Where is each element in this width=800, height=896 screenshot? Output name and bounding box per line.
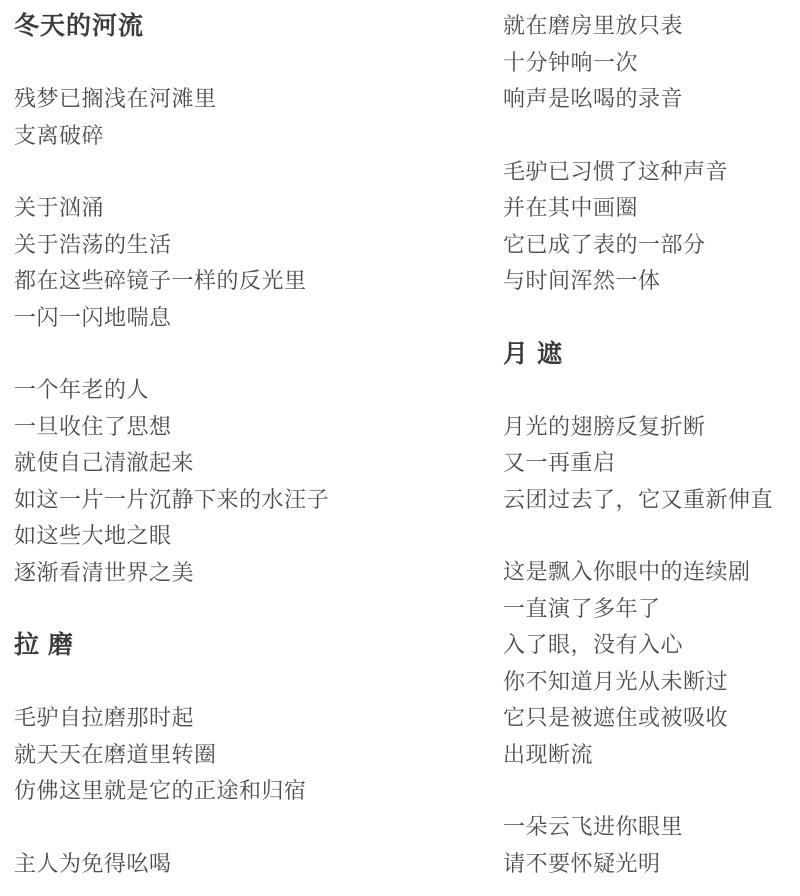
poem-line: 与时间浑然一体 — [503, 263, 798, 300]
poem-line: 一旦收住了思想 — [14, 409, 444, 446]
poem-line: 就在磨房里放只表 — [503, 8, 798, 45]
poem-stanza: 毛驴自拉磨那时起就天天在磨道里转圈仿佛这里就是它的正途和归宿 — [14, 700, 444, 810]
poem-line: 一闪一闪地喘息 — [14, 300, 444, 337]
poem-title: 拉 磨 — [14, 627, 444, 664]
poem-line: 月光的翅膀反复折断 — [503, 409, 798, 446]
poem-line: 一个年老的人 — [14, 372, 444, 409]
poem-line: 出现断流 — [503, 737, 798, 774]
poem-line: 你不知道月光从未断过 — [503, 664, 798, 701]
poem-title-block: 冬天的河流 — [14, 8, 444, 45]
poem-line: 响声是吆喝的录音 — [503, 81, 798, 118]
poem-stanza: 这是飘入你眼中的连续剧一直演了多年了入了眼，没有入心你不知道月光从未断过它只是被… — [503, 554, 798, 773]
poem-line: 关于浩荡的生活 — [14, 227, 444, 264]
poem-line: 云团过去了，它又重新伸直 — [503, 482, 798, 519]
poem-stanza: 主人为免得吆喝 — [14, 846, 444, 883]
poem-line: 十分钟响一次 — [503, 45, 798, 82]
poem-stanza: 就在磨房里放只表十分钟响一次响声是吆喝的录音 — [503, 8, 798, 118]
poem-line: 毛驴已习惯了这种声音 — [503, 154, 798, 191]
poem-stanza: 残梦已搁浅在河滩里支离破碎 — [14, 81, 444, 154]
poem-line: 关于汹涌 — [14, 190, 444, 227]
poem-title-block: 拉 磨 — [14, 627, 444, 664]
poem-line: 又一再重启 — [503, 445, 798, 482]
poem-line: 一直演了多年了 — [503, 591, 798, 628]
poem-line: 就天天在磨道里转圈 — [14, 737, 444, 774]
poem-line: 主人为免得吆喝 — [14, 846, 444, 883]
poem-stanza: 关于汹涌关于浩荡的生活都在这些碎镜子一样的反光里一闪一闪地喘息 — [14, 190, 444, 336]
poem-stanza: 月光的翅膀反复折断又一再重启云团过去了，它又重新伸直 — [503, 409, 798, 519]
poem-line: 毛驴自拉磨那时起 — [14, 700, 444, 737]
poem-line: 并在其中画圈 — [503, 190, 798, 227]
poem-column-left: 冬天的河流残梦已搁浅在河滩里支离破碎关于汹涌关于浩荡的生活都在这些碎镜子一样的反… — [14, 8, 444, 882]
poem-stanza: 一个年老的人一旦收住了思想就使自己清澈起来如这一片一片沉静下来的水汪子如这些大地… — [14, 372, 444, 591]
poem-line: 都在这些碎镜子一样的反光里 — [14, 263, 444, 300]
poem-line: 仿佛这里就是它的正途和归宿 — [14, 773, 444, 810]
poem-line: 如这些大地之眼 — [14, 518, 444, 555]
document-page: 冬天的河流残梦已搁浅在河滩里支离破碎关于汹涌关于浩荡的生活都在这些碎镜子一样的反… — [0, 0, 800, 896]
poem-line: 逐渐看清世界之美 — [14, 555, 444, 592]
poem-title: 月 遮 — [503, 336, 798, 373]
poem-line: 它只是被遮住或被吸收 — [503, 700, 798, 737]
poem-line: 一朵云飞进你眼里 — [503, 809, 798, 846]
poem-line: 入了眼，没有入心 — [503, 627, 798, 664]
poem-line: 它已成了表的一部分 — [503, 227, 798, 264]
poem-stanza: 一朵云飞进你眼里请不要怀疑光明 — [503, 809, 798, 882]
poem-line: 支离破碎 — [14, 118, 444, 155]
poem-line: 残梦已搁浅在河滩里 — [14, 81, 444, 118]
poem-column-right: 就在磨房里放只表十分钟响一次响声是吆喝的录音毛驴已习惯了这种声音并在其中画圈它已… — [503, 8, 798, 882]
poem-stanza: 毛驴已习惯了这种声音并在其中画圈它已成了表的一部分与时间浑然一体 — [503, 154, 798, 300]
poem-line: 就使自己清澈起来 — [14, 445, 444, 482]
poem-line: 如这一片一片沉静下来的水汪子 — [14, 482, 444, 519]
poem-line: 请不要怀疑光明 — [503, 846, 798, 883]
poem-title: 冬天的河流 — [14, 8, 444, 45]
poem-line: 这是飘入你眼中的连续剧 — [503, 554, 798, 591]
poem-title-block: 月 遮 — [503, 336, 798, 373]
